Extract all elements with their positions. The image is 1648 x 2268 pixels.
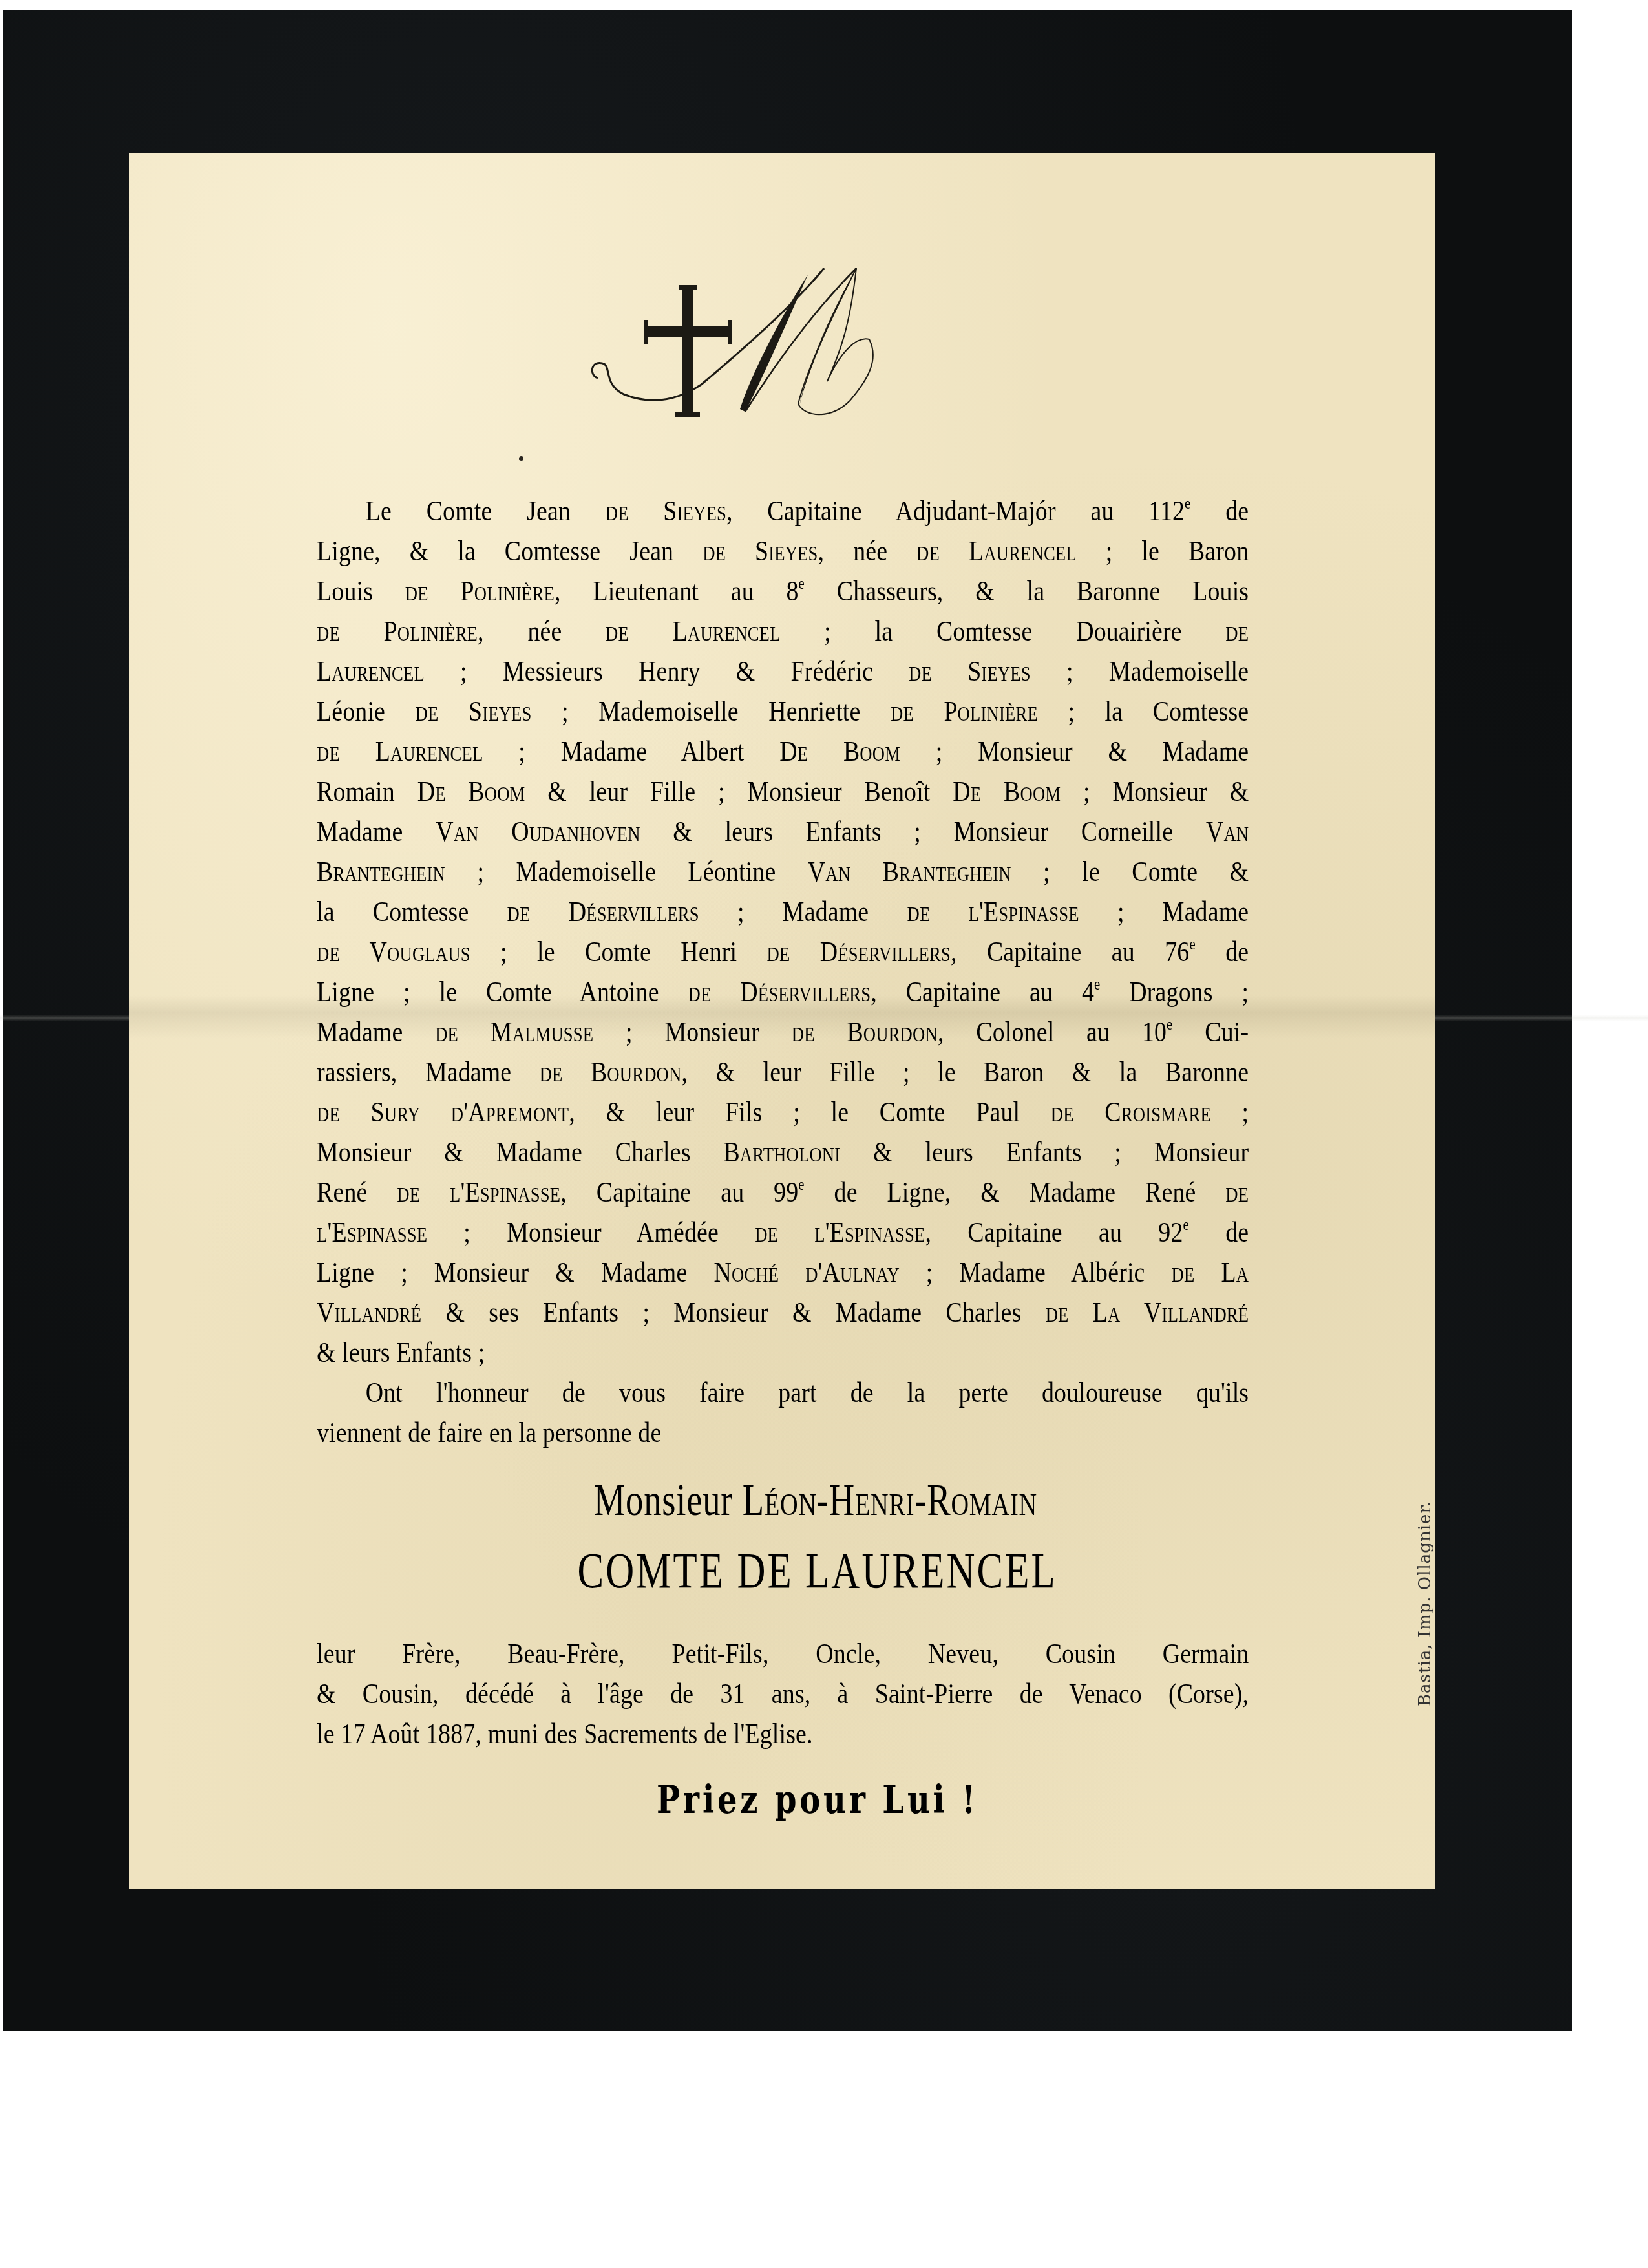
family-name: de Croismare [1051,1096,1211,1128]
family-name: de [1225,615,1249,647]
text-line: Madame de Malmusse ; Monsieur de Bourdon… [317,1012,1249,1052]
text-line: la Comtesse de Déservillers ; Madame de … [317,892,1249,932]
family-name: de Déservillers [767,936,951,968]
family-name: de Sieyes [703,535,818,567]
family-name: de Bourdon [792,1016,938,1048]
ordinal-suffix: e [1189,936,1195,953]
ink-speck [519,456,523,461]
family-name: de Polinière [891,695,1038,727]
family-name: de Vouglaus [317,936,470,968]
family-list: Le Comte Jean de Sieyes, Capitaine Adjud… [317,491,1249,1373]
family-name: de l'Espinasse [907,896,1079,927]
family-name: de Polinière [405,575,555,607]
text-line: leur Frère, Beau-Frère, Petit-Fils, Oncl… [317,1634,1249,1674]
announcement: Ont l'honneur de vous faire part de la p… [317,1373,1249,1453]
family-name: de [1225,1176,1249,1208]
text-line: de Polinière, née de Laurencel ; la Comt… [317,611,1249,652]
text-line: viennent de faire en la personne de [317,1413,1249,1453]
text-line: l'Espinasse ; Monsieur Amédée de l'Espin… [317,1213,1249,1253]
relations-and-death-details: leur Frère, Beau-Frère, Petit-Fils, Oncl… [317,1634,1249,1754]
text-line: Monsieur & Madame Charles Bartholoni & l… [317,1132,1249,1172]
cross-icon [585,262,882,420]
text-line: Léonie de Sieyes ; Mademoiselle Henriett… [317,692,1249,732]
family-name: Noché d'Aulnay [713,1256,899,1288]
ordinal-suffix: e [1167,1016,1172,1033]
family-name: Van Oudanhoven [436,816,640,847]
family-name: de La [1172,1256,1249,1288]
family-name: de Déservillers [507,896,699,927]
family-name: Van Branteghein [808,856,1011,887]
ordinal-suffix: e [1185,495,1190,513]
family-name: de Polinière [317,615,478,647]
text-line: René de l'Espinasse, Capitaine au 99e de… [317,1172,1249,1213]
text-line: & Cousin, décédé à l'âge de 31 ans, à Sa… [317,1674,1249,1714]
text-line: de Vouglaus ; le Comte Henri de Déservil… [317,932,1249,972]
text-line: & leurs Enfants ; [317,1333,1249,1373]
text-line: Ligne, & la Comtesse Jean de Sieyes, née… [317,531,1249,571]
family-name: De Boom [953,776,1061,807]
text-line: Romain De Boom & leur Fille ; Monsieur B… [317,772,1249,812]
text-line: Villandré & ses Enfants ; Monsieur & Mad… [317,1293,1249,1333]
family-name: de l'Espinasse [755,1216,925,1248]
ordinal-suffix: e [799,575,805,593]
deceased-name-line: Monsieur Léon-Henri-Romain [173,1475,1458,1527]
family-name: Laurencel [317,655,425,687]
prayer-line: Priez pour Lui ! [158,1774,1477,1826]
cross-monogram [585,262,882,420]
text-line: le 17 Août 1887, muni des Sacrements de … [317,1714,1249,1754]
family-name: de Déservillers [688,976,871,1008]
printer-mark: Bastia, Imp. Ollagnier. [1415,1501,1435,1706]
family-name: de Laurencel [317,736,483,767]
ordinal-suffix: e [798,1176,804,1194]
ordinal-suffix: e [1183,1216,1189,1234]
family-name: de Bourdon [540,1056,682,1088]
family-name: Villandré [317,1297,421,1328]
family-name: de Malmusse [435,1016,593,1048]
family-name: Van [1206,816,1249,847]
text-line: Ligne ; Monsieur & Madame Noché d'Aulnay… [317,1253,1249,1293]
family-name: l'Espinasse [317,1216,427,1248]
family-name: de Sieyes [909,655,1031,687]
family-name: de Laurencel [606,615,780,647]
family-name: de l'Espinasse [397,1176,560,1208]
family-name: de La Villandré [1046,1297,1249,1328]
deceased-given-names: Léon-Henri-Romain [743,1476,1037,1525]
family-name: de Sieyes [606,495,726,527]
ordinal-suffix: e [1094,976,1100,993]
deceased-title: Monsieur [594,1476,743,1525]
deceased-rank-line: COMTE DE LAURENCEL [174,1542,1460,1600]
family-name: de Sieyes [416,695,532,727]
family-name: Bartholoni [723,1136,840,1168]
family-name: De Boom [779,736,900,767]
family-name: Branteghein [317,856,445,887]
text-line: de Laurencel ; Madame Albert De Boom ; M… [317,732,1249,772]
text-line: Ligne ; le Comte Antoine de Déservillers… [317,972,1249,1012]
text-line: Louis de Polinière, Lieutenant au 8e Cha… [317,571,1249,611]
text-line: de Sury d'Apremont, & leur Fils ; le Com… [317,1092,1249,1132]
family-name: De Boom [417,776,525,807]
text-line: Branteghein ; Mademoiselle Léontine Van … [317,852,1249,892]
text-line: rassiers, Madame de Bourdon, & leur Fill… [317,1052,1249,1092]
text-line: Madame Van Oudanhoven & leurs Enfants ; … [317,812,1249,852]
family-name: de Laurencel [916,535,1077,567]
text-line: Laurencel ; Messieurs Henry & Frédéric d… [317,652,1249,692]
text-line: Le Comte Jean de Sieyes, Capitaine Adjud… [317,491,1249,531]
text-line: Ont l'honneur de vous faire part de la p… [317,1373,1249,1413]
family-name: de Sury d'Apremont [317,1096,569,1128]
